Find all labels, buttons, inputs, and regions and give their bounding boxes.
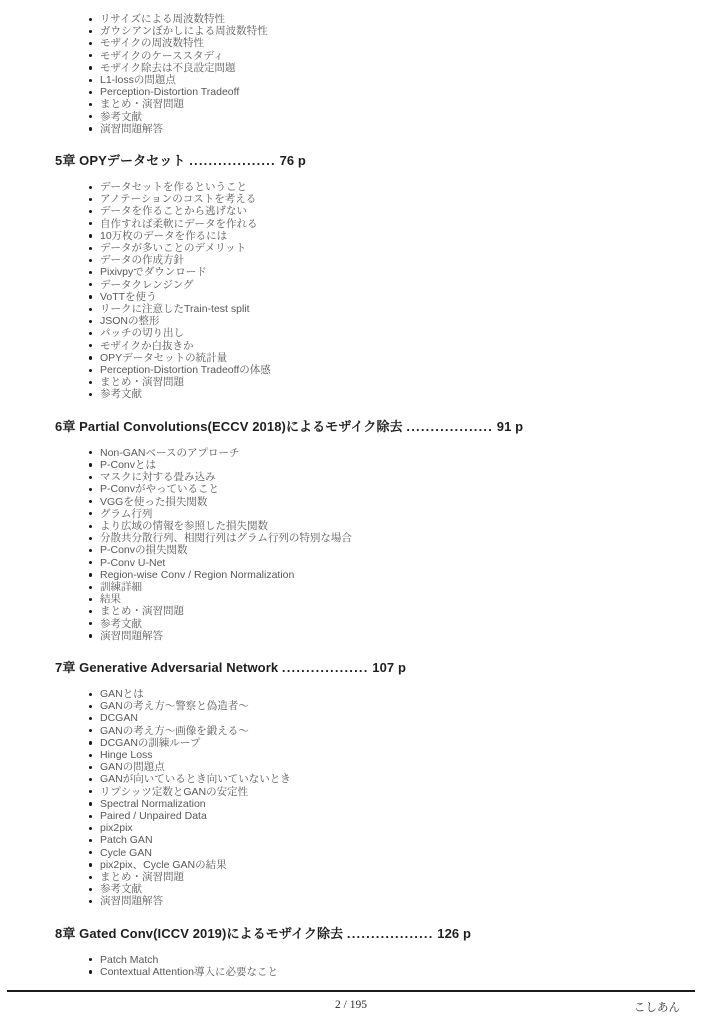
toc-item: データクレンジング xyxy=(100,279,662,291)
toc-item: データセットを作るということ xyxy=(100,181,662,193)
toc-item: グラム行列 xyxy=(100,508,662,520)
chapter-title: 5章 OPYデータセット xyxy=(55,153,186,168)
toc-item: より広域の情報を参照した損失関数 xyxy=(100,520,662,532)
toc-item: Region-wise Conv / Region Normalization xyxy=(100,569,662,581)
toc-item: モザイク除去は不良設定問題 xyxy=(100,62,662,74)
toc-item: VoTTを使う xyxy=(100,291,662,303)
toc-item: アノテーションのコストを考える xyxy=(100,193,662,205)
toc-page: リサイズによる周波数特性ガウシアンぼかしによる周波数特性モザイクの周波数特性モザ… xyxy=(0,0,702,1024)
toc-item: モザイクか白抜きか xyxy=(100,340,662,352)
toc-item: ガウシアンぼかしによる周波数特性 xyxy=(100,25,662,37)
toc-item: Patch GAN xyxy=(100,834,662,846)
toc-item: GANが向いているとき向いていないとき xyxy=(100,773,662,785)
toc-item: モザイクのケーススタディ xyxy=(100,50,662,62)
toc-item: Contextual Attention導入に必要なこと xyxy=(100,966,662,978)
toc-item: まとめ・演習問題 xyxy=(100,605,662,617)
toc-item: データが多いことのデメリット xyxy=(100,242,662,254)
chapter-heading: 5章 OPYデータセット .................. 76 p xyxy=(55,153,644,169)
dot-leader: .................. xyxy=(282,660,369,675)
toc-item: DCGANの訓練ループ xyxy=(100,737,662,749)
toc-item: GANの問題点 xyxy=(100,761,662,773)
toc-item: P-Convとは xyxy=(100,459,662,471)
page-number-indicator: 2 / 195 xyxy=(0,999,702,1011)
toc-item: 演習問題解答 xyxy=(100,123,662,135)
chapter-heading: 7章 Generative Adversarial Network ......… xyxy=(55,660,644,676)
toc-item: 参考文献 xyxy=(100,618,662,630)
toc-item: Cycle GAN xyxy=(100,847,662,859)
page-footer: 2 / 195 こしあん xyxy=(0,990,702,1024)
chapter-page-number: 126 p xyxy=(437,926,471,941)
toc-item: Non-GANベースのアプローチ xyxy=(100,447,662,459)
toc-item: Patch Match xyxy=(100,954,662,966)
toc-item: 参考文献 xyxy=(100,111,662,123)
toc-item: pix2pix、Cycle GANの結果 xyxy=(100,859,662,871)
toc-item: 演習問題解答 xyxy=(100,630,662,642)
toc-item: P-Convがやっていること xyxy=(100,483,662,495)
chapter-topic-list: リサイズによる周波数特性ガウシアンぼかしによる周波数特性モザイクの周波数特性モザ… xyxy=(0,13,702,135)
toc-item: まとめ・演習問題 xyxy=(100,871,662,883)
chapter-title: 7章 Generative Adversarial Network xyxy=(55,660,278,675)
chapter-page-number: 107 p xyxy=(372,660,406,675)
toc-item: OPYデータセットの統計量 xyxy=(100,352,662,364)
chapter-title: 8章 Gated Conv(ICCV 2019)によるモザイク除去 xyxy=(55,926,343,941)
dot-leader: .................. xyxy=(189,153,276,168)
toc-item: GANの考え方〜画像を鍛える〜 xyxy=(100,725,662,737)
toc-item: Pixivpyでダウンロード xyxy=(100,266,662,278)
toc-item: L1-lossの問題点 xyxy=(100,74,662,86)
toc-item: パッチの切り出し xyxy=(100,327,662,339)
toc-item: JSONの整形 xyxy=(100,315,662,327)
toc-item: VGGを使った損失関数 xyxy=(100,496,662,508)
toc-item: P-Convの損失関数 xyxy=(100,544,662,556)
toc-item: Paired / Unpaired Data xyxy=(100,810,662,822)
toc-item: 演習問題解答 xyxy=(100,895,662,907)
toc-item: Hinge Loss xyxy=(100,749,662,761)
table-of-contents: リサイズによる周波数特性ガウシアンぼかしによる周波数特性モザイクの周波数特性モザ… xyxy=(0,0,702,978)
chapter-page-number: 91 p xyxy=(497,419,523,434)
toc-item: GANとは xyxy=(100,688,662,700)
toc-item: 自作すれば柔軟にデータを作れる xyxy=(100,218,662,230)
toc-item: まとめ・演習問題 xyxy=(100,98,662,110)
toc-item: Perception-Distortion Tradeoffの体感 xyxy=(100,364,662,376)
toc-item: GANの考え方〜警察と偽造者〜 xyxy=(100,700,662,712)
toc-item: pix2pix xyxy=(100,822,662,834)
toc-item: 分散共分散行列、相関行列はグラム行列の特別な場合 xyxy=(100,532,662,544)
dot-leader: .................. xyxy=(406,419,493,434)
chapter-topic-list: データセットを作るということアノテーションのコストを考えるデータを作ることから逃… xyxy=(0,181,702,401)
toc-item: モザイクの周波数特性 xyxy=(100,37,662,49)
toc-item: 訓練詳細 xyxy=(100,581,662,593)
chapter-heading: 8章 Gated Conv(ICCV 2019)によるモザイク除去 ......… xyxy=(55,926,644,942)
chapter-topic-list: Patch MatchContextual Attention導入に必要なこと xyxy=(0,954,702,978)
toc-item: データを作ることから逃げない xyxy=(100,205,662,217)
dot-leader: .................. xyxy=(347,926,434,941)
author-name: こしあん xyxy=(634,999,680,1015)
toc-item: リークに注意したTrain-test split xyxy=(100,303,662,315)
toc-item: Spectral Normalization xyxy=(100,798,662,810)
toc-item: Perception-Distortion Tradeoff xyxy=(100,86,662,98)
chapter-page-number: 76 p xyxy=(280,153,306,168)
toc-item: 結果 xyxy=(100,593,662,605)
toc-item: まとめ・演習問題 xyxy=(100,376,662,388)
chapter-topic-list: GANとはGANの考え方〜警察と偽造者〜DCGANGANの考え方〜画像を鍛える〜… xyxy=(0,688,702,908)
chapter-title: 6章 Partial Convolutions(ECCV 2018)によるモザイ… xyxy=(55,419,403,434)
toc-item: マスクに対する畳み込み xyxy=(100,471,662,483)
toc-item: データの作成方針 xyxy=(100,254,662,266)
chapter-topic-list: Non-GANベースのアプローチP-Convとはマスクに対する畳み込みP-Con… xyxy=(0,447,702,642)
chapter-heading: 6章 Partial Convolutions(ECCV 2018)によるモザイ… xyxy=(55,419,644,435)
toc-item: P-Conv U-Net xyxy=(100,557,662,569)
toc-item: 10万枚のデータを作るには xyxy=(100,230,662,242)
toc-item: リプシッツ定数とGANの安定性 xyxy=(100,786,662,798)
toc-item: 参考文献 xyxy=(100,388,662,400)
footer-rule xyxy=(7,990,695,992)
footer-row: 2 / 195 こしあん xyxy=(0,999,702,1017)
toc-item: 参考文献 xyxy=(100,883,662,895)
toc-item: DCGAN xyxy=(100,712,662,724)
toc-item: リサイズによる周波数特性 xyxy=(100,13,662,25)
